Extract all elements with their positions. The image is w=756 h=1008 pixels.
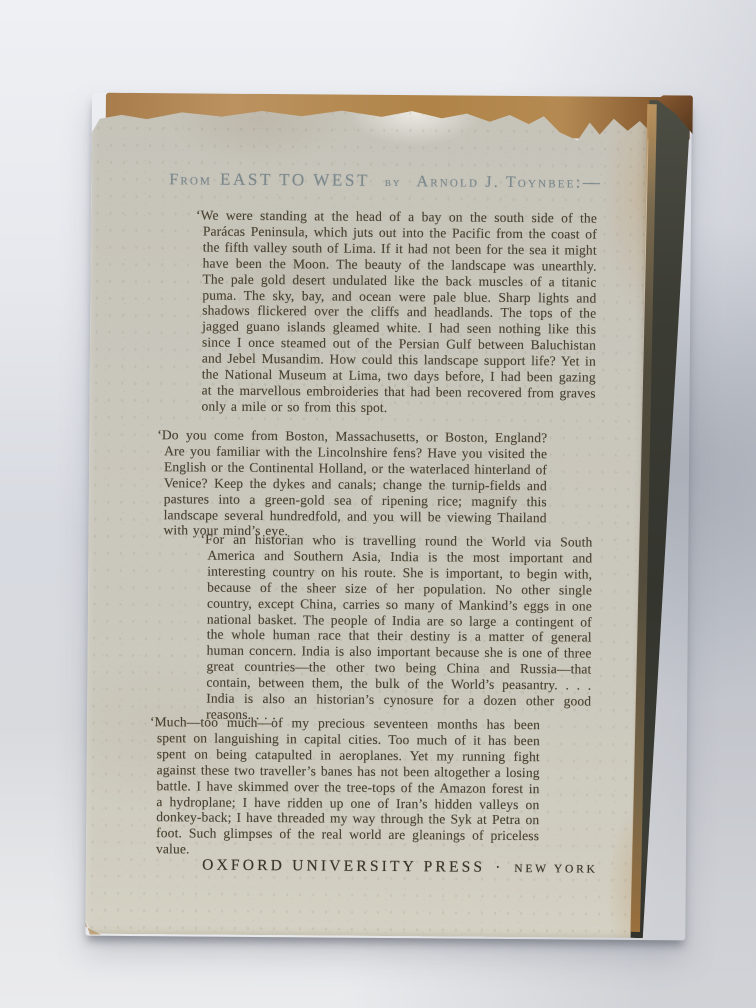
quote-paragraph-india: ‘For an historian who is travelling roun… [206,532,592,726]
heading-title: EAST TO WEST [220,170,370,190]
heading-connector: by [385,174,402,189]
heading-author: Arnold J. Toynbee [416,173,575,191]
book: From EAST TO WEST by Arnold J. Toynbee:—… [85,93,692,941]
imprint-separator-dot: · [495,860,500,876]
publisher-imprint: OXFORD UNIVERSITY PRESS·NEW YORK [174,856,626,878]
photo-backdrop: From EAST TO WEST by Arnold J. Toynbee:—… [0,0,756,1008]
publisher-city: NEW YORK [514,863,598,876]
quote-paragraph-thailand: ‘Do you come from Boston, Massachusetts,… [163,427,547,541]
heading-lead: From [169,171,212,188]
quote-paragraph-peru: ‘We were standing at the head of a bay o… [201,208,597,418]
quote-paragraph-travel: ‘Much—too much—of my precious seventeen … [156,714,540,860]
dust-jacket-back-panel: From EAST TO WEST by Arnold J. Toynbee:—… [85,103,648,938]
publisher-name: OXFORD UNIVERSITY PRESS [202,857,485,876]
heading-suffix: :— [576,172,603,191]
jacket-heading: From EAST TO WEST by Arnold J. Toynbee:— [169,155,603,195]
